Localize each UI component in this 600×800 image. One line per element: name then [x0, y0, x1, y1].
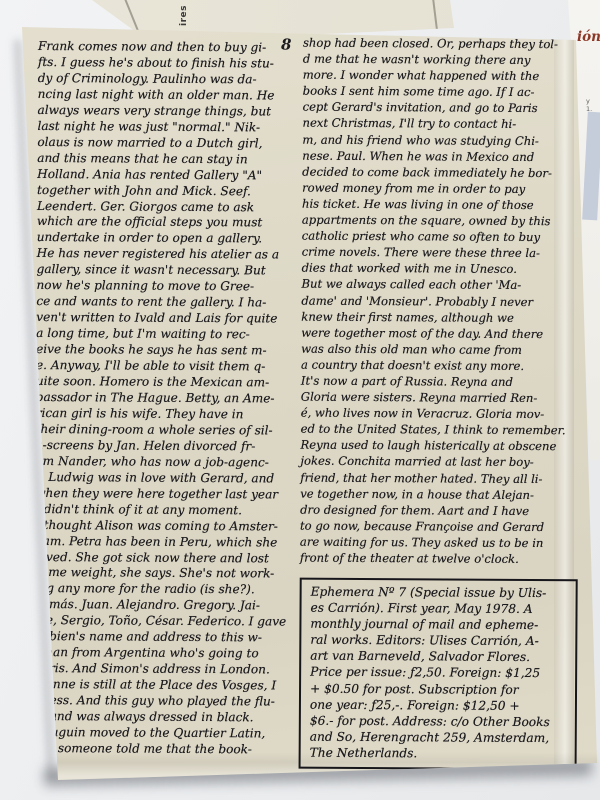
handwritten-line: me, Sergio, Toño, César. Federico. I gav…	[34, 613, 296, 631]
handwritten-line: I didn't think of it at any moment.	[35, 502, 297, 520]
handwritten-line: é, who lives now in Veracruz. Gloria mov…	[301, 405, 573, 423]
handwritten-line: Paris. And Simon's address in London.	[34, 661, 296, 679]
handwritten-line: ncing last night with an older man. He	[38, 87, 300, 105]
handwritten-line: loved. She got sick now there and lost	[35, 549, 297, 567]
handwritten-line: some weight, she says. She's not work-	[35, 565, 297, 583]
handwritten-line: rowed money from me in order to pay	[302, 179, 574, 197]
colophon-line: es Carrión). First year, May 1978. A	[310, 600, 567, 618]
handwritten-line: rican girl is his wife. They have in	[36, 406, 298, 424]
colophon-line: ral works. Editors: Ulises Carrión, A-	[310, 632, 567, 650]
handwritten-line: k-screens by Jan. Helen divorced fr-	[35, 438, 297, 456]
handwritten-line: uite soon. Homero is the Mexican am-	[36, 374, 298, 392]
handwritten-line: guess. And this guy who played the flu-	[34, 693, 296, 711]
handwritten-line: when they were here together last year	[35, 486, 297, 504]
handwritten-line: dies that worked with me in Unesco.	[302, 260, 574, 278]
handwritten-line: But we always called each other 'Ma-	[301, 276, 573, 294]
handwritten-line: were together most of the day. And there	[301, 324, 573, 342]
handwritten-line: cept Gerard's invitation, and go to Pari…	[303, 99, 575, 117]
handwritten-line: dam. Petra has been in Peru, which she	[35, 534, 297, 552]
handwritten-line: to go now, because Françoise and Gerard	[300, 517, 572, 535]
handwritten-line: bassador in The Hague. Betty, an Ame-	[36, 390, 298, 408]
colophon-line: $6.- for post. Address: c/o Other Books	[310, 712, 567, 730]
handwritten-line: a long time, but I'm waiting to rec-	[36, 326, 298, 344]
handwritten-line: shop had been closed. Or, perhaps they t…	[303, 35, 575, 53]
handwritten-line: together with John and Mick. Seef.	[37, 183, 299, 201]
paper-crease	[432, 0, 437, 30]
handwritten-line: are waiting for us. They asked us to be …	[300, 534, 572, 552]
handwritten-line: om Nander, who has now a job-agenc-	[35, 454, 297, 472]
handwritten-line: appartments on the square, owned by this	[302, 212, 574, 230]
handwritten-line: nese. Paul. When he was in Mexico and	[302, 147, 574, 165]
handwritten-line: undertake in order to open a gallery.	[37, 230, 299, 248]
handwritten-line: but someone told me that the book-	[34, 741, 296, 759]
magazine-title-fragment: ión	[577, 29, 600, 45]
colophon-line: Ephemera Nº 7 (Special issue by Ulis-	[311, 584, 568, 602]
colophon-line: The Netherlands.	[310, 745, 567, 763]
handwritten-line: e. Anyway, I'll be able to visit them q-	[36, 358, 298, 376]
colophon-line: and So, Herengracht 259, Amsterdam,	[310, 729, 567, 747]
handwritten-line: Leendert. Ger. Giorgos came to ask	[37, 199, 299, 217]
magazine-small-text-fragment: y 1.	[586, 97, 592, 113]
handwritten-line: decided to come back immediately he bor-	[302, 163, 574, 181]
handwritten-line: d me that he wasn't working there any	[303, 51, 575, 69]
colophon-line: monthly journal of mail and epheme-	[310, 616, 567, 634]
handwritten-line: ce and wants to rent the gallery. I ha-	[36, 294, 298, 312]
letter-column-right: shop had been closed. Or, perhaps they t…	[300, 35, 575, 568]
handwritten-line: always wears very strange things, but	[38, 103, 300, 121]
handwritten-line: his ticket. He was living in one of thos…	[302, 196, 574, 214]
background-sheet-vertical-text: ires	[179, 5, 189, 26]
handwritten-line: jokes. Conchita married at last her boy-	[300, 453, 572, 471]
handwritten-line: Ivonne is still at the Place des Vosges,…	[34, 677, 296, 695]
handwritten-line: now he's planning to move to Gree-	[36, 278, 298, 296]
colophon-line: art van Barneveld, Salvador Flores.	[310, 648, 567, 666]
handwritten-line: olaus is now married to a Dutch girl,	[37, 135, 299, 153]
handwritten-line: catholic priest who came so often to buy	[302, 228, 574, 246]
handwritten-line: ven't written to Ivald and Lais for quit…	[36, 310, 298, 328]
handwritten-line: last night he was just "normal." Nik-	[37, 119, 299, 137]
handwritten-line: Fabien's name and address to this w-	[34, 629, 296, 647]
colophon-line: Price per issue: ƒ2,50. Foreign: $1,25	[310, 664, 567, 682]
handwritten-line: y. Ludwig was in love with Gerard, and	[35, 470, 297, 488]
handwritten-line: It's now a part of Russia. Reyna and	[301, 373, 573, 391]
handwritten-line: m, and his friend who was studying Chi-	[302, 131, 574, 149]
handwritten-line: which are the official steps you must	[37, 214, 299, 232]
handwritten-line: Gauguin moved to the Quartier Latin,	[34, 725, 296, 743]
handwritten-line: books I sent him some time ago. If I ac-	[303, 83, 575, 101]
handwritten-line: a country that doesn't exist any more.	[301, 356, 573, 374]
handwritten-line: He has never registered his atelier as a	[37, 246, 299, 264]
handwritten-line: dro designed for them. Aart and I have	[300, 501, 572, 519]
handwritten-line: was also this old man who came from	[301, 340, 573, 358]
handwritten-line: ve together now, in a house that Alejan-	[300, 485, 572, 503]
letter-sheet: 8 Frank comes now and then to buy gi-fts…	[0, 0, 600, 800]
handwritten-line: gallery, since it wasn't necessary. But	[37, 262, 299, 280]
handwritten-line: Holland. Ania has rented Gallery "A"	[37, 167, 299, 185]
handwritten-line: dame' and 'Monsieur'. Probably I never	[301, 292, 573, 310]
handwritten-line: crime novels. There were these three la-	[302, 244, 574, 262]
handwritten-line: dy of Criminology. Paulinho was da-	[38, 71, 300, 89]
handwritten-line: I thought Alison was coming to Amster-	[35, 518, 297, 536]
handwritten-line: oman from Argentina who's going to	[34, 645, 296, 663]
colophon-line: + $0.50 for post. Subscription for	[310, 680, 567, 698]
handwritten-line: next Christmas, I'll try to contact hi-	[302, 115, 574, 133]
handwritten-line: fts. I guess he's about to finish his st…	[38, 55, 300, 73]
handwritten-line: Gloria were sisters. Reyna married Ren-	[301, 389, 573, 407]
handwritten-line: eive the books he says he has sent m-	[36, 342, 298, 360]
handwritten-line: Frank comes now and then to buy gi-	[38, 39, 300, 57]
handwritten-line: te and was always dressed in black.	[34, 709, 296, 727]
handwritten-line: and this means that he can stay in	[37, 151, 299, 169]
colophon-box: Ephemera Nº 7 (Special issue by Ulis-es …	[299, 578, 578, 771]
handwritten-line: their dining-room a whole series of sil-	[36, 422, 298, 440]
handwritten-line: Reyna used to laugh histerically at obsc…	[300, 437, 572, 455]
letter-content: 8 Frank comes now and then to buy gi-fts…	[0, 0, 600, 800]
colophon-line: one year: ƒ25,-. Foreign: $12,50 +	[310, 696, 567, 714]
handwritten-line: more. I wonder what happened with the	[303, 67, 575, 85]
handwritten-line: knew their first names, although we	[301, 308, 573, 326]
handwritten-line: front of the theater at twelve o'clock.	[300, 550, 572, 568]
handwritten-line: friend, that her mother hated. They all …	[300, 469, 572, 487]
handwritten-line: ed to the United States, I think to reme…	[301, 421, 573, 439]
letter-column-left: Frank comes now and then to buy gi-fts. …	[34, 39, 300, 758]
